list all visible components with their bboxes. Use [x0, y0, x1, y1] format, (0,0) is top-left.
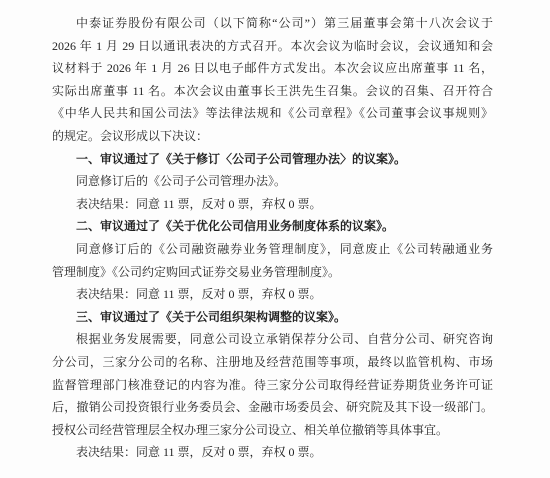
- resolution-2-body-line: 同意修订后的《公司融资融券业务管理制度》，同意废止《公司转融通业务: [52, 238, 493, 261]
- resolution-1-body-line: 同意修订后的《公司子公司管理办法》。: [52, 170, 493, 193]
- resolution-2-body-line: 管理制度》《公司约定购回式证券交易业务管理制度》。: [52, 261, 493, 284]
- intro-paragraph-line: 2026 年 1 月 29 日以通讯表决的方式召开。本次会议为临时会议，会议通知…: [52, 35, 493, 58]
- intro-paragraph-line: 中泰证券股份有限公司（以下简称“公司”）第三届董事会第十八次会议于: [52, 12, 493, 35]
- resolution-2-heading: 二、审议通过了《关于优化公司信用业务制度体系的议案》。: [52, 215, 493, 238]
- resolution-1-vote-result: 表决结果：同意 11 票，反对 0 票，弃权 0 票。: [52, 193, 493, 216]
- resolution-3-heading: 三、审议通过了《关于公司组织架构调整的议案》。: [52, 306, 493, 329]
- resolution-3-body-line: 根据业务发展需要，同意公司设立承销保荐分公司、自营分公司、研究咨询: [52, 328, 493, 351]
- intro-paragraph-line: 实际出席董事 11 名。本次会议由董事长王洪先生召集。会议的召集、召开符合: [52, 80, 493, 103]
- resolution-3-body-line: 分公司，三家分公司的名称、注册地及经营范围等事项，最终以监管机构、市场: [52, 351, 493, 374]
- resolution-3-body-line: 授权公司经营管理层全权办理三家分公司设立、相关单位撤销等具体事宜。: [52, 419, 493, 442]
- intro-paragraph-line: 议材料于 2026 年 1 月 26 日以电子邮件方式发出。本次会议应出席董事 …: [52, 57, 493, 80]
- resolution-2-vote-result: 表决结果：同意 11 票，反对 0 票，弃权 0 票。: [52, 283, 493, 306]
- resolution-1-heading: 一、审议通过了《关于修订〈公司子公司管理办法〉的议案》。: [52, 148, 493, 171]
- document-page: 中泰证券股份有限公司（以下简称“公司”）第三届董事会第十八次会议于 2026 年…: [52, 12, 493, 464]
- resolution-3-body-line: 后，撤销公司投资银行业务委员会、金融市场委员会、研究院及其下设一级部门。: [52, 396, 493, 419]
- intro-paragraph-line: 《中华人民共和国公司法》等法律法规和《公司章程》《公司董事会议事规则》: [52, 102, 493, 125]
- resolution-3-body-line: 监督管理部门核准登记的内容为准。待三家分公司取得经营证券期货业务许可证: [52, 374, 493, 397]
- resolution-3-vote-result: 表决结果：同意 11 票，反对 0 票，弃权 0 票。: [52, 441, 493, 464]
- intro-paragraph-line: 的规定。会议形成以下决议：: [52, 125, 493, 148]
